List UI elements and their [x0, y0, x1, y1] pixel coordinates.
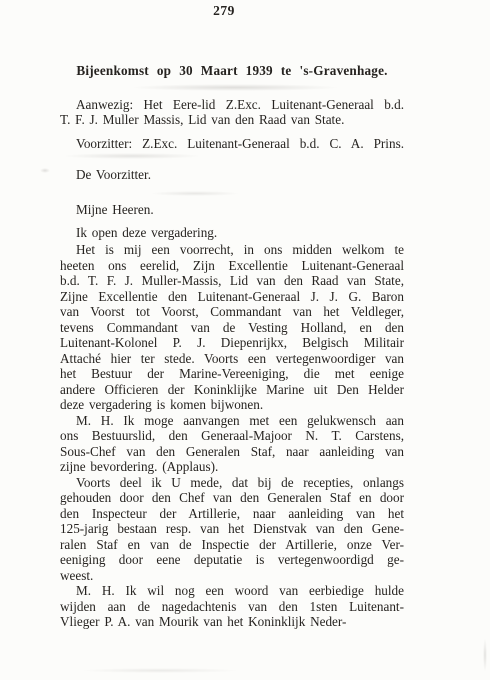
text-line: heeten ons eerelid, Zijn Excellentie Lui…: [60, 258, 404, 274]
scan-smudge: [40, 168, 50, 173]
text-line: eeniging door eene deputatie is vertegen…: [60, 552, 404, 568]
text-line: gehouden door den Chef van den Generalen…: [60, 490, 404, 506]
text-line: Aanwezig: Het Eere-lid Z.Exc. Luitenant-…: [60, 97, 404, 113]
page-text: Aanwezig: Het Eere-lid Z.Exc. Luitenant-…: [60, 97, 404, 630]
meeting-title: Bijeenkomst op 30 Maart 1939 te 's-Grave…: [60, 63, 404, 78]
scan-smudge: [483, 638, 487, 672]
text-line: Ik open deze vergadering.: [60, 225, 404, 241]
text-line: De Voorzitter.: [60, 167, 404, 183]
text-line: andere Officieren der Koninklijke Marine…: [60, 382, 404, 398]
text-line: deze vergadering is komen bijwonen.: [60, 397, 404, 413]
text-line: Sous-Chef van den Generalen Staf, naar a…: [60, 444, 404, 460]
text-line: wijden aan de nagedachtenis van den 1ste…: [60, 599, 404, 615]
text-line: T. F. J. Muller Massis, Lid van den Raad…: [60, 112, 404, 128]
tribute-paragraph: M. H. Ik wil nog een woord van eerbiedig…: [60, 583, 404, 630]
text-line: M. H. Ik moge aanvangen met een gelukwen…: [60, 413, 404, 429]
attendees-paragraph: Aanwezig: Het Eere-lid Z.Exc. Luitenant-…: [60, 97, 404, 128]
scan-smudge: [130, 84, 340, 91]
text-line: ons Bestuurslid, den Generaal-Majoor N. …: [60, 428, 404, 444]
text-line: den Inspecteur der Artillerie, naar aanl…: [60, 506, 404, 522]
chairman-paragraph: Voorzitter: Z.Exc. Luitenant-Generaal b.…: [60, 136, 404, 152]
text-line: het Bestuur der Marine-Vereeniging, die …: [60, 366, 404, 382]
welcome-paragraph: Het is mij een voorrecht, in ons midden …: [60, 242, 404, 413]
receptions-paragraph: Voorts deel ik U mede, dat bij de recept…: [60, 475, 404, 584]
scanned-page-background: { "colors": { "paper": "#fcfcfa", "ink":…: [0, 0, 490, 680]
text-line: 125-jarig bestaan resp. van het Dienstva…: [60, 521, 404, 537]
text-line: M. H. Ik wil nog een woord van eerbiedig…: [60, 583, 404, 599]
document-page: 279 Bijeenkomst op 30 Maart 1939 te 's-G…: [0, 0, 490, 680]
text-line: tevens Commandant van de Vesting Holland…: [60, 320, 404, 336]
scan-smudge: [80, 668, 240, 673]
text-line: weest.: [60, 568, 404, 584]
text-line: zijne bevordering. (Applaus).: [60, 459, 404, 475]
text-line: ralen Staf en van de Inspectie der Artil…: [60, 537, 404, 553]
text-line: van Voorst tot Voorst, Commandant van he…: [60, 304, 404, 320]
text-line: Vlieger P. A. van Mourik van het Koninkl…: [60, 614, 404, 630]
opening-paragraph: Ik open deze vergadering.: [60, 225, 404, 241]
text-line: Attaché hier ter stede. Voorts een verte…: [60, 351, 404, 367]
text-line: Voorzitter: Z.Exc. Luitenant-Generaal b.…: [60, 136, 404, 152]
speaker-heading-paragraph: De Voorzitter.: [60, 167, 404, 183]
text-line: Mijne Heeren.: [60, 202, 404, 218]
salutation-paragraph: Mijne Heeren.: [60, 202, 404, 218]
text-line: b.d. T. F. J. Muller-Massis, Lid van den…: [60, 273, 404, 289]
text-line: Luitenant-Kolonel P. J. Diepenrijkx, Bel…: [60, 335, 404, 351]
congratulation-paragraph: M. H. Ik moge aanvangen met een gelukwen…: [60, 413, 404, 475]
page-number: 279: [52, 4, 396, 18]
text-line: Zijne Excellentie den Luitenant-Generaal…: [60, 289, 404, 305]
text-line: Het is mij een voorrecht, in ons midden …: [60, 242, 404, 258]
text-line: Voorts deel ik U mede, dat bij de recept…: [60, 475, 404, 491]
